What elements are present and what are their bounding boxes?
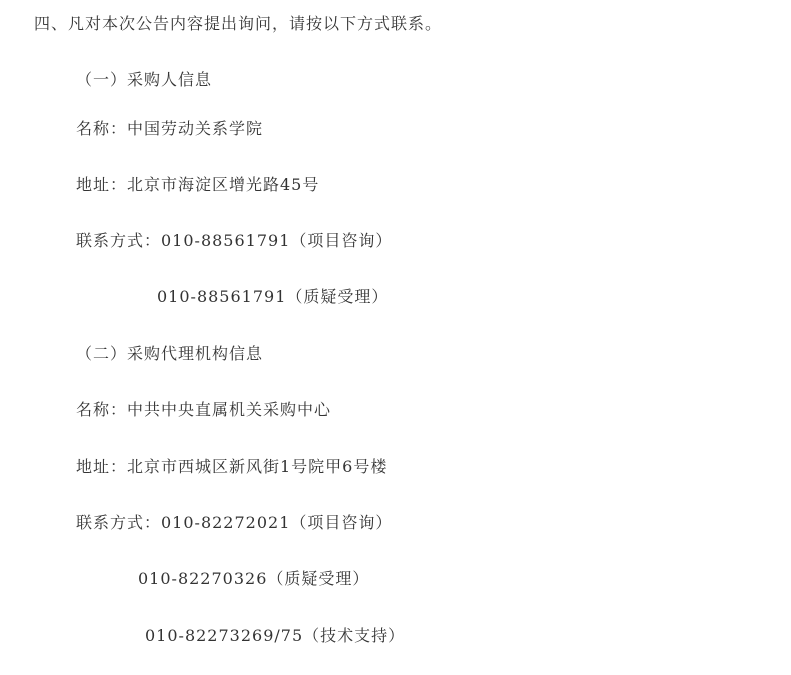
purchaser-heading: （一）采购人信息 [76, 70, 212, 90]
agency-contact-tech: 010-82273269/75（技术支持） [145, 626, 405, 646]
agency-address: 地址：北京市西城区新风街1号院甲6号楼 [76, 457, 387, 477]
purchaser-contact-consult: 联系方式：010-88561791（项目咨询） [76, 231, 392, 251]
agency-name: 名称：中共中央直属机关采购中心 [76, 400, 331, 420]
purchaser-address: 地址：北京市海淀区增光路45号 [76, 175, 319, 195]
agency-contact-complaint: 010-82270326（质疑受理） [138, 569, 369, 589]
agency-contact-consult: 联系方式：010-82272021（项目咨询） [76, 513, 392, 533]
purchaser-contact-complaint: 010-88561791（质疑受理） [157, 287, 388, 307]
purchaser-name: 名称：中国劳动关系学院 [76, 119, 263, 139]
section-heading: 四、凡对本次公告内容提出询问，请按以下方式联系。 [34, 14, 442, 34]
agency-heading: （二）采购代理机构信息 [76, 344, 263, 364]
